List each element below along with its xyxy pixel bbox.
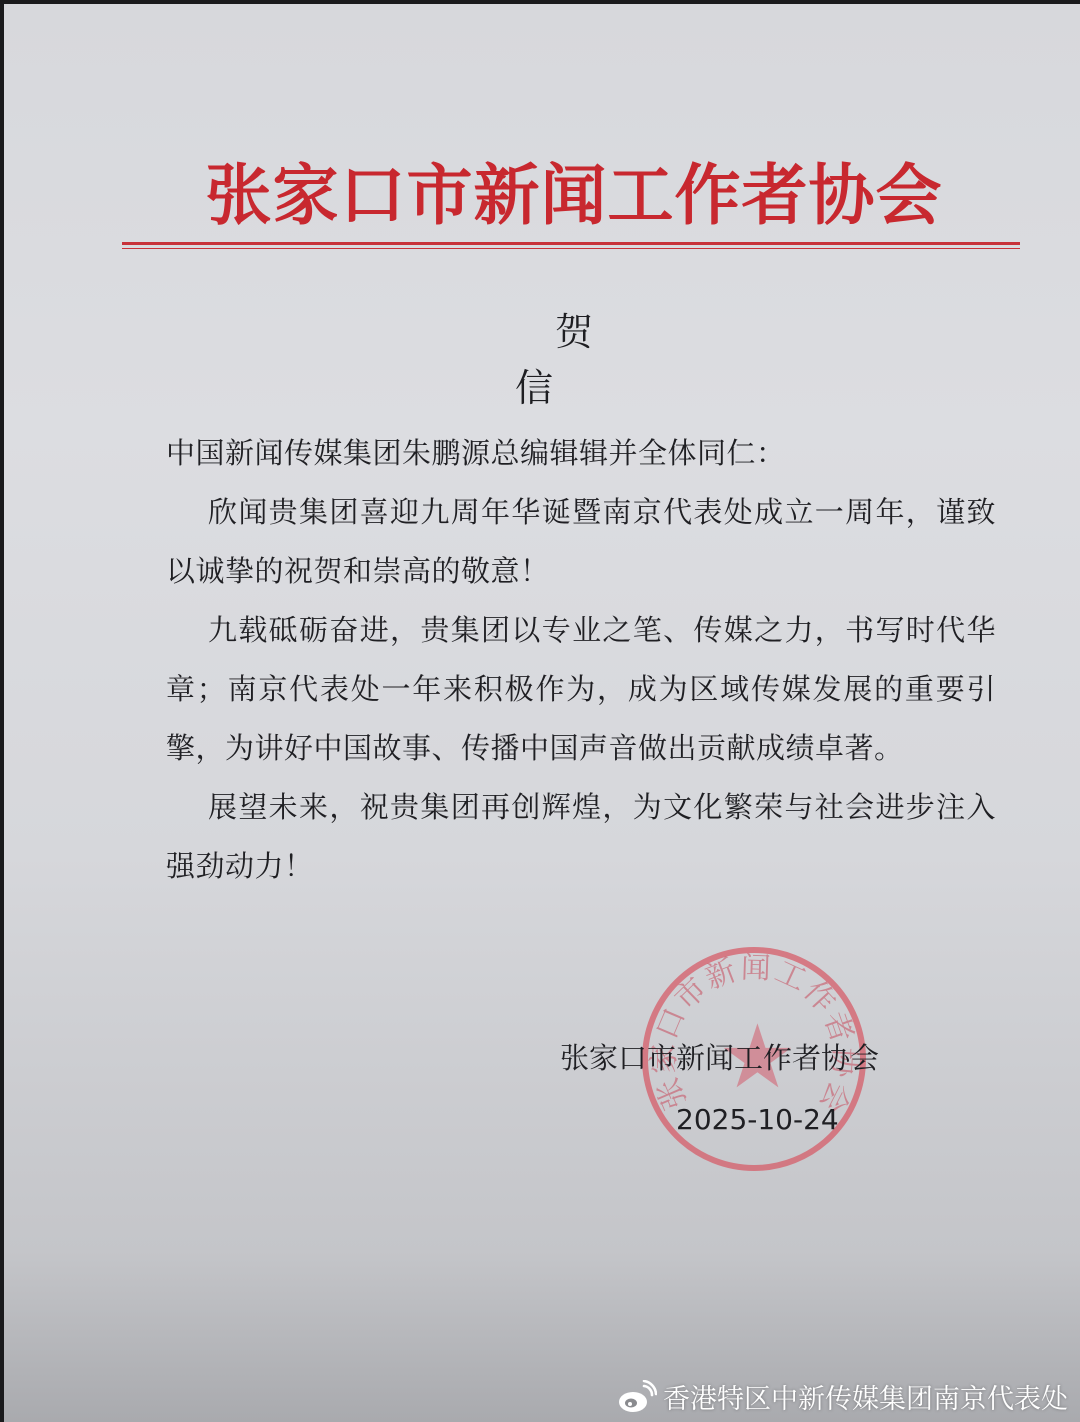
paragraph-2: 九载砥砺奋进，贵集团以专业之笔、传媒之力，书写时代华章；南京代表处一年来积极作为… [166, 601, 996, 778]
signature-date: 2025-10-24 [676, 1100, 839, 1140]
letterhead-rule-thin [122, 248, 1020, 249]
watermark-text: 香港特区中新传媒集团南京代表处 [663, 1377, 1068, 1416]
salutation: 中国新闻传媒集团朱鹏源总编辑辑并全体同仁： [166, 424, 996, 483]
weibo-icon [617, 1380, 657, 1414]
document-title: 贺信 [444, 304, 704, 416]
weibo-watermark: 香港特区中新传媒集团南京代表处 [617, 1377, 1068, 1416]
paragraph-3: 展望未来，祝贵集团再创辉煌，为文化繁荣与社会进步注入强劲动力！ [166, 778, 996, 896]
signature-organization: 张家口市新闻工作者协会 [560, 1036, 879, 1080]
letter-page: 张家口市新闻工作者协会 贺信 中国新闻传媒集团朱鹏源总编辑辑并全体同仁： 欣闻贵… [4, 4, 1080, 1422]
letterhead-rule-thick [122, 242, 1020, 245]
letter-body: 中国新闻传媒集团朱鹏源总编辑辑并全体同仁： 欣闻贵集团喜迎九周年华诞暨南京代表处… [166, 424, 996, 896]
paragraph-1: 欣闻贵集团喜迎九周年华诞暨南京代表处成立一周年，谨致以诚挚的祝贺和崇高的敬意！ [166, 483, 996, 601]
letterhead-title: 张家口市新闻工作者协会 [159, 152, 989, 238]
